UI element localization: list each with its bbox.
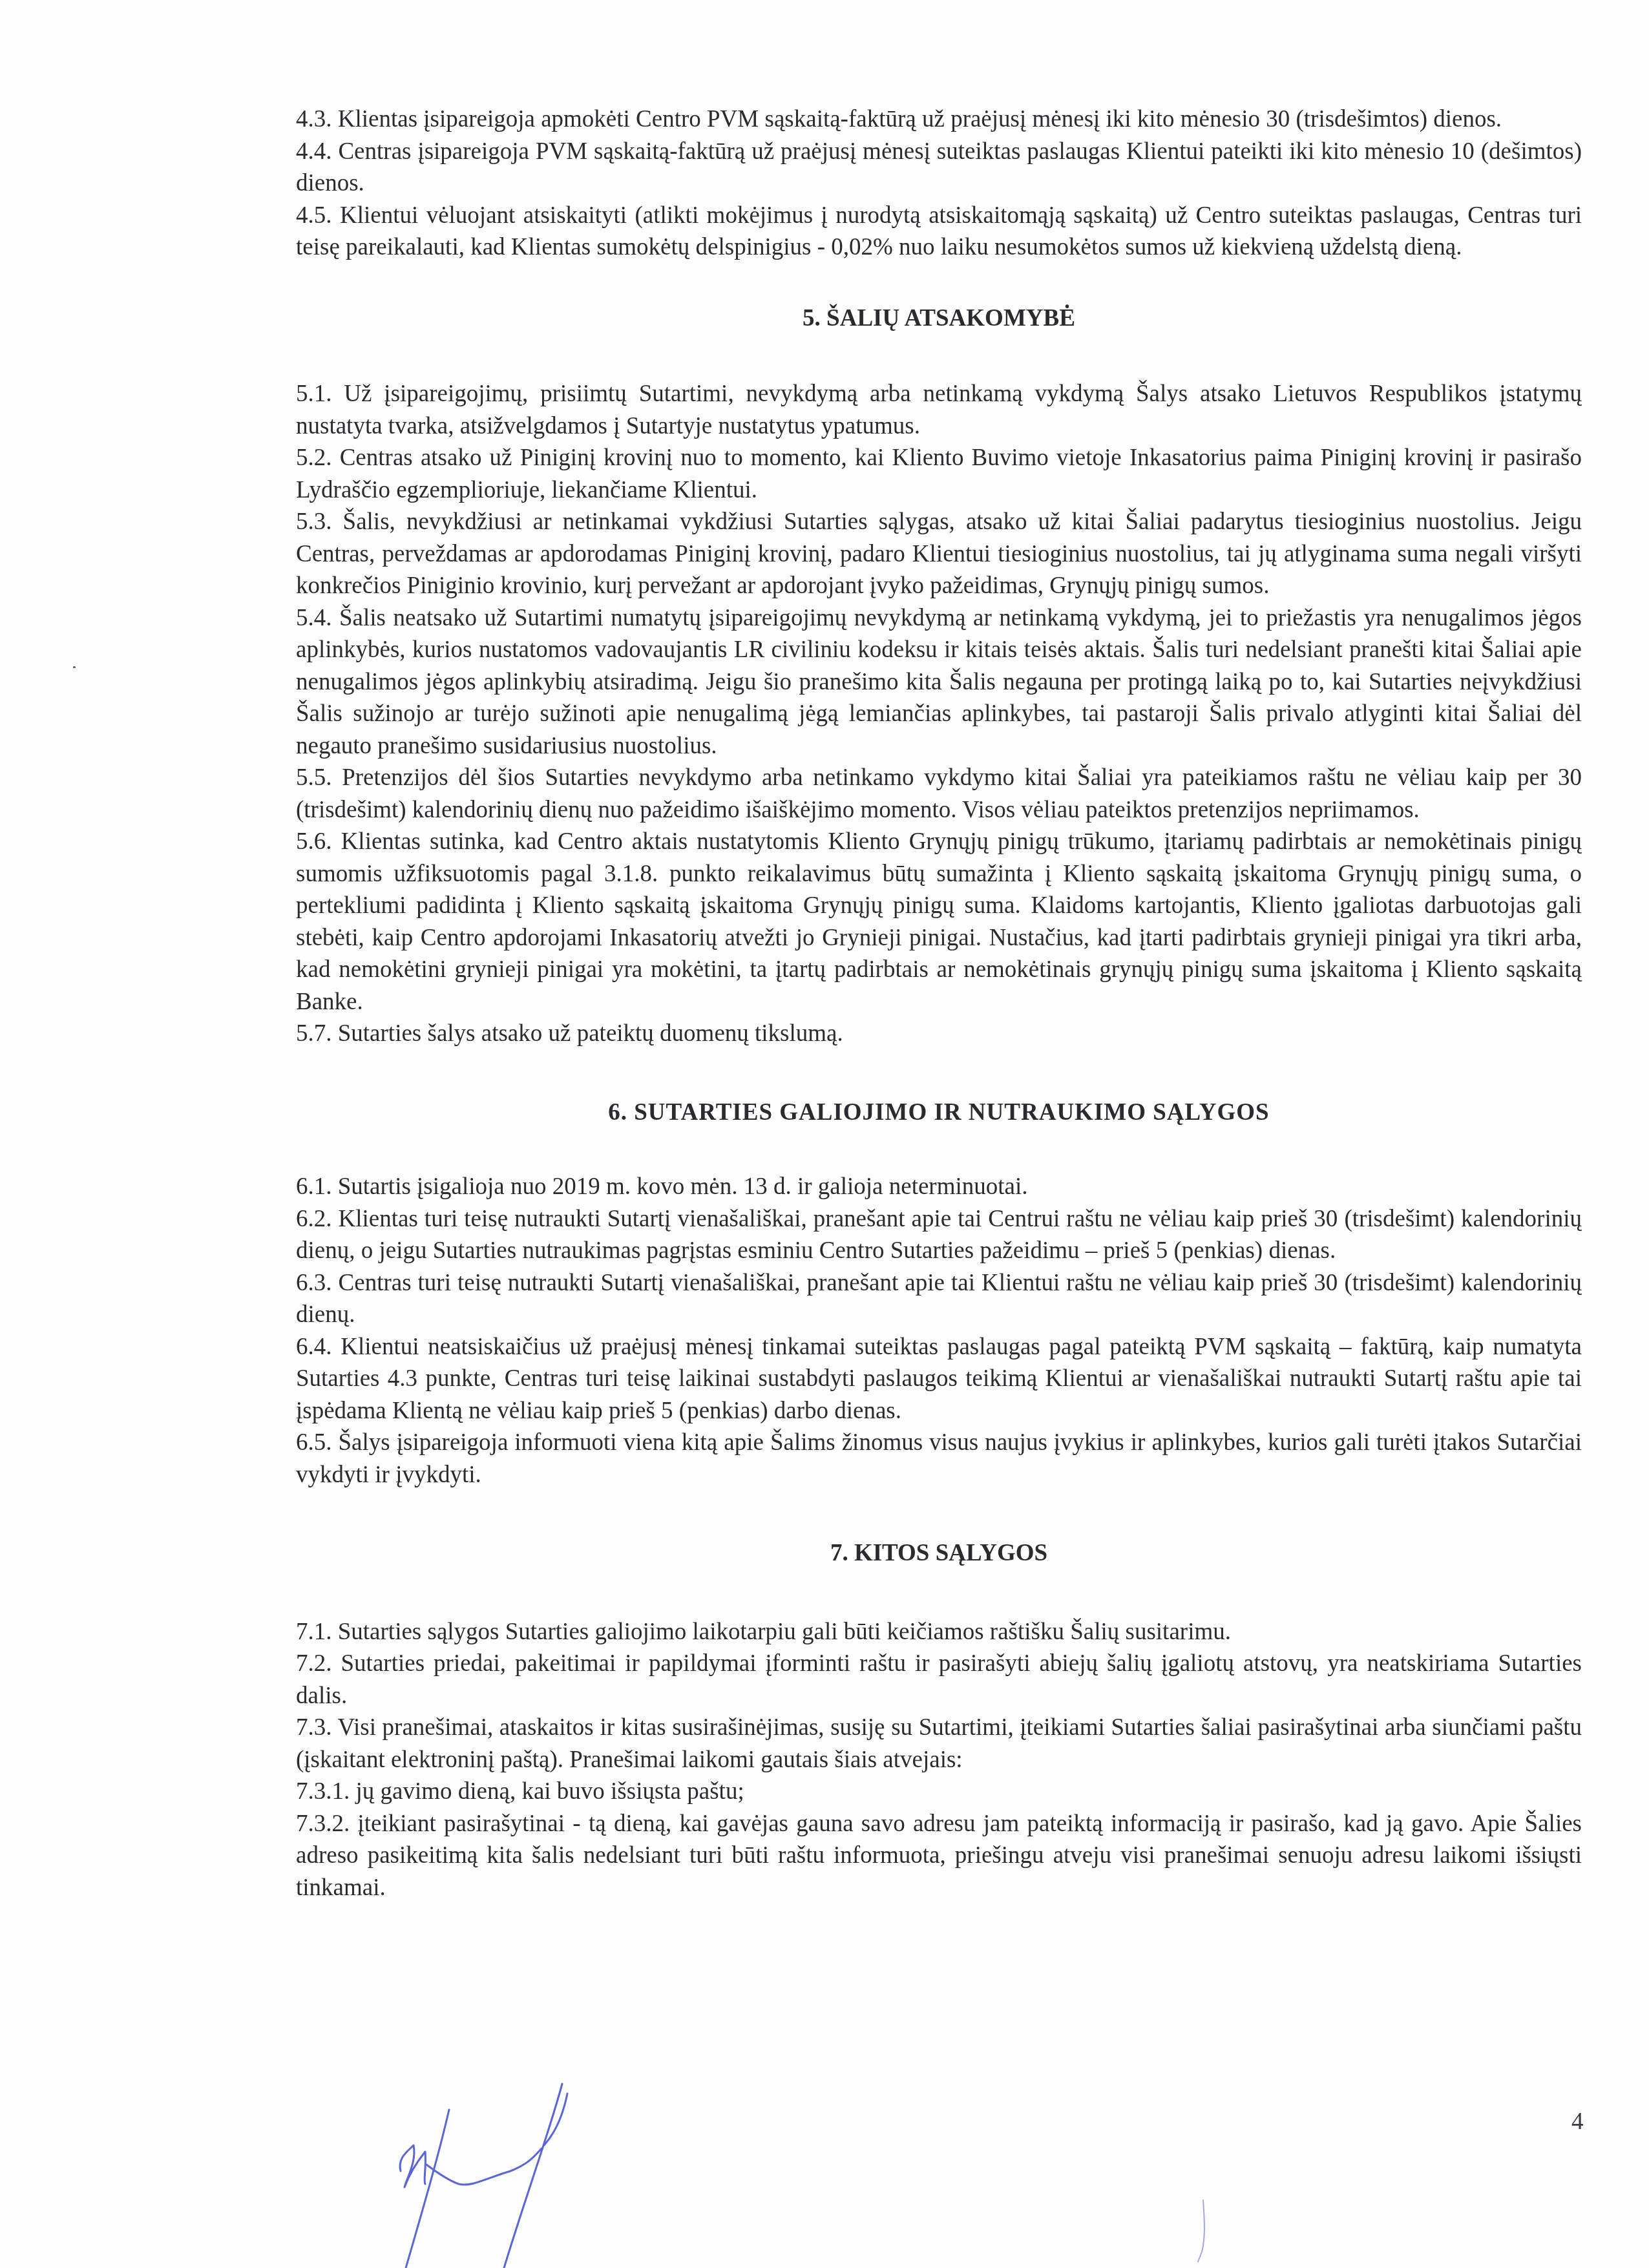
clause-6-3: 6.3. Centras turi teisę nutraukti Sutart…: [296, 1267, 1582, 1331]
clause-4-5: 4.5. Klientui vėluojant atsiskaityti (at…: [296, 200, 1582, 264]
document-page: 4.3. Klientas įsipareigoja apmokėti Cent…: [0, 0, 1649, 2268]
section-4-continuation: 4.3. Klientas įsipareigoja apmokėti Cent…: [296, 103, 1582, 264]
section-6: 6. SUTARTIES GALIOJIMO IR NUTRAUKIMO SĄL…: [296, 1097, 1582, 1491]
clause-5-1: 5.1. Už įsipareigojimų, prisiimtų Sutart…: [296, 378, 1582, 442]
clause-7-1: 7.1. Sutarties sąlygos Sutarties galioji…: [296, 1616, 1582, 1648]
section-7: 7. KITOS SĄLYGOS 7.1. Sutarties sąlygos …: [296, 1537, 1582, 1904]
signature-icon: [362, 2081, 750, 2268]
clause-5-7: 5.7. Sutarties šalys atsako už pateiktų …: [296, 1018, 1582, 1050]
section-5: 5. ŠALIŲ ATSAKOMYBĖ 5.1. Už įsipareigoji…: [296, 302, 1582, 1050]
document-body: 4.3. Klientas įsipareigoja apmokėti Cent…: [296, 103, 1582, 1904]
clause-5-5: 5.5. Pretenzijos dėl šios Sutarties nevy…: [296, 762, 1582, 826]
section-5-heading: 5. ŠALIŲ ATSAKOMYBĖ: [296, 302, 1582, 335]
clause-7-3: 7.3. Visi pranešimai, ataskaitos ir kita…: [296, 1712, 1582, 1776]
clause-6-2: 6.2. Klientas turi teisę nutraukti Sutar…: [296, 1203, 1582, 1267]
clause-6-5: 6.5. Šalys įsipareigoja informuoti viena…: [296, 1427, 1582, 1491]
clause-6-1: 6.1. Sutartis įsigalioja nuo 2019 m. kov…: [296, 1171, 1582, 1203]
section-6-heading: 6. SUTARTIES GALIOJIMO IR NUTRAUKIMO SĄL…: [296, 1097, 1582, 1129]
scan-speck: [73, 666, 76, 668]
clause-7-3-2: 7.3.2. įteikiant pasirašytinai - tą dien…: [296, 1808, 1582, 1904]
clause-4-3: 4.3. Klientas įsipareigoja apmokėti Cent…: [296, 103, 1582, 136]
clause-5-6: 5.6. Klientas sutinka, kad Centro aktais…: [296, 826, 1582, 1018]
clause-7-2: 7.2. Sutarties priedai, pakeitimai ir pa…: [296, 1648, 1582, 1712]
ink-mark-icon: [1189, 2197, 1215, 2268]
clause-7-3-1: 7.3.1. jų gavimo dieną, kai buvo išsiųst…: [296, 1776, 1582, 1808]
clause-5-2: 5.2. Centras atsako už Piniginį krovinį …: [296, 442, 1582, 506]
section-7-heading: 7. KITOS SĄLYGOS: [296, 1537, 1582, 1570]
clause-5-3: 5.3. Šalis, nevykdžiusi ar netinkamai vy…: [296, 506, 1582, 602]
page-number: 4: [1571, 2108, 1584, 2136]
clause-5-4: 5.4. Šalis neatsako už Sutartimi numatyt…: [296, 602, 1582, 762]
clause-4-4: 4.4. Centras įsipareigoja PVM sąskaitą-f…: [296, 136, 1582, 200]
clause-6-4: 6.4. Klientui neatsiskaičius už praėjusį…: [296, 1331, 1582, 1427]
